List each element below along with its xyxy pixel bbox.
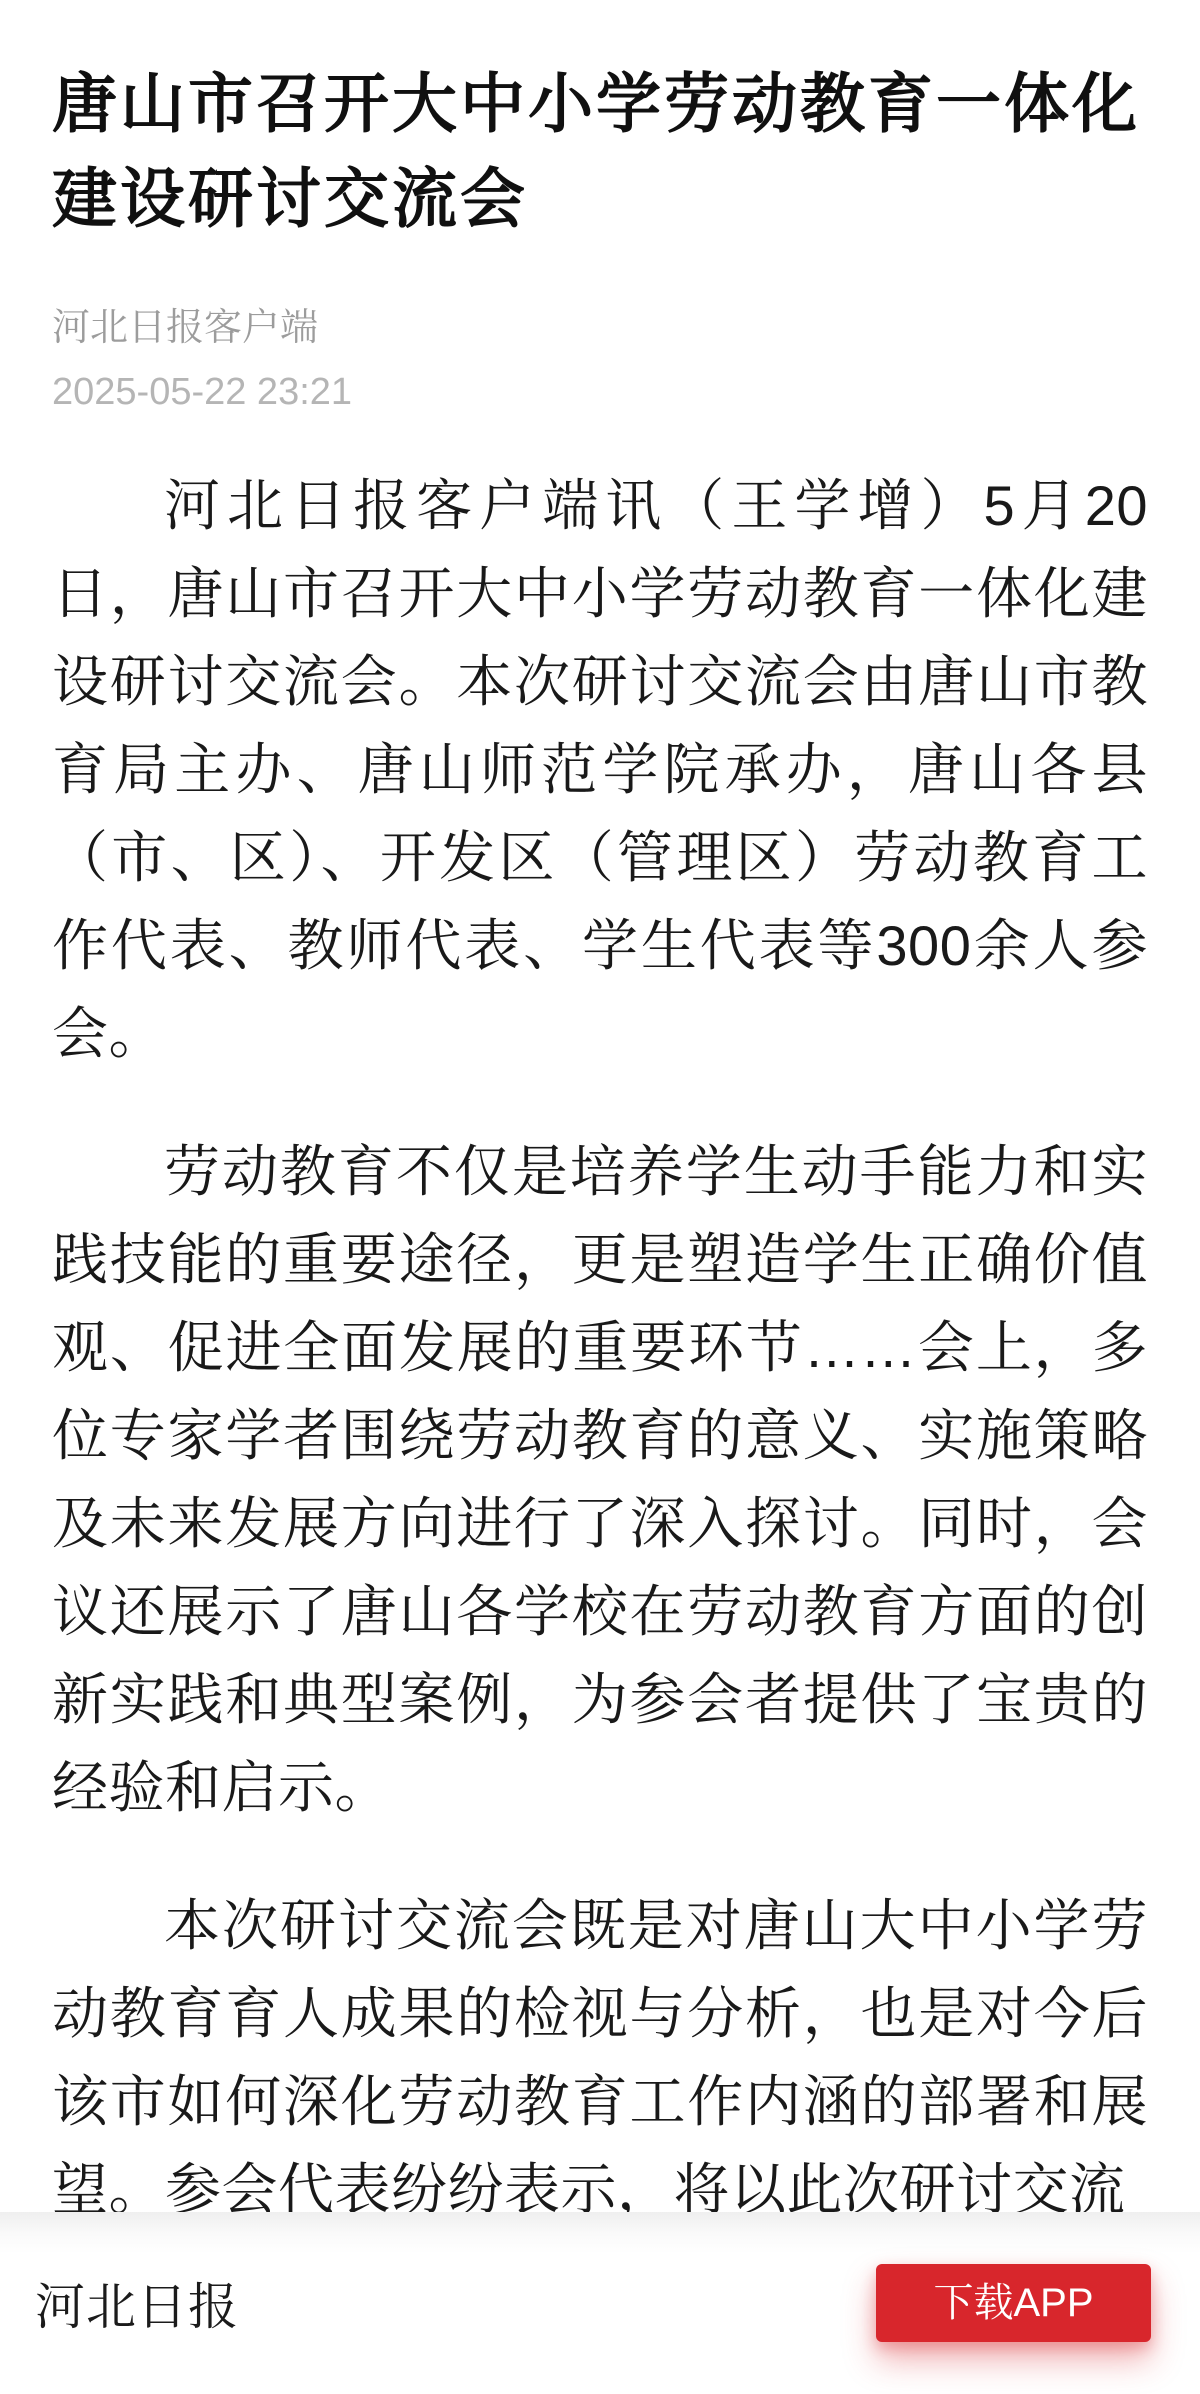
- article-paragraph: 河北日报客户端讯（王学增）5月20日，唐山市召开大中小学劳动教育一体化建设研讨交…: [52, 462, 1148, 1078]
- article-body: 河北日报客户端讯（王学增）5月20日，唐山市召开大中小学劳动教育一体化建设研讨交…: [52, 462, 1148, 2234]
- page-title: 唐山市召开大中小学劳动教育一体化建设研讨交流会: [52, 56, 1148, 246]
- article-paragraph: 劳动教育不仅是培养学生动手能力和实践技能的重要途径，更是塑造学生正确价值观、促进…: [52, 1128, 1148, 1832]
- news-article: 唐山市召开大中小学劳动教育一体化建设研讨交流会 河北日报客户端 2025-05-…: [0, 56, 1200, 2234]
- article-publish-time: 2025-05-22 23:21: [52, 364, 1148, 420]
- article-source: 河北日报客户端: [52, 300, 1148, 356]
- article-meta: 河北日报客户端 2025-05-22 23:21: [52, 300, 1148, 420]
- article-paragraph: 本次研讨交流会既是对唐山大中小学劳动教育育人成果的检视与分析，也是对今后该市如何…: [52, 1882, 1148, 2234]
- article-page: 唐山市召开大中小学劳动教育一体化建设研讨交流会 河北日报客户端 2025-05-…: [0, 56, 1200, 2234]
- footer-bar: 河北日报 下载APP: [0, 2212, 1200, 2394]
- brand-name: 河北日报: [35, 2267, 239, 2339]
- download-app-button[interactable]: 下载APP: [876, 2264, 1151, 2342]
